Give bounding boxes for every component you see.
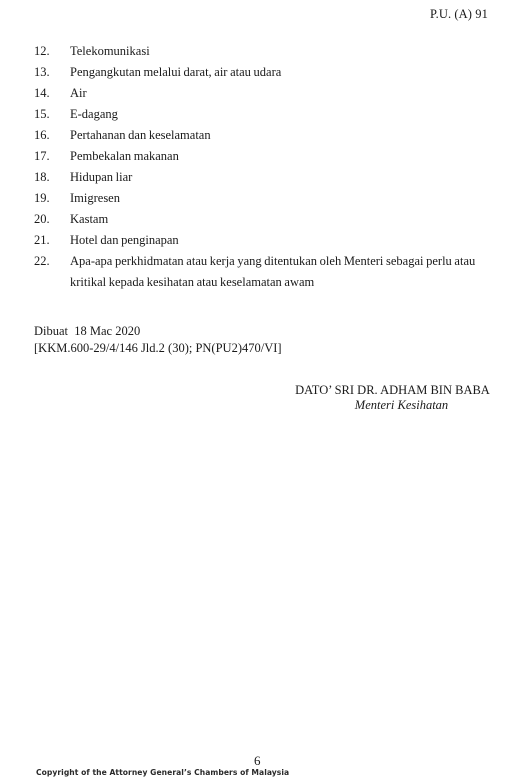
item-number: 20.: [34, 209, 70, 230]
item-text: Imigresen: [70, 188, 504, 209]
item-number: 22.: [34, 251, 70, 293]
item-text: Air: [70, 83, 504, 104]
list-item: 13. Pengangkutan melalui darat, air atau…: [34, 62, 504, 83]
item-number: 19.: [34, 188, 70, 209]
signature-block: DATO’ SRI DR. ADHAM BIN BABA Menteri Kes…: [290, 383, 495, 413]
list-item: 14. Air: [34, 83, 504, 104]
made-date-block: Dibuat 18 Mac 2020 [KKM.600-29/4/146 Jld…: [34, 323, 282, 357]
item-text: Pembekalan makanan: [70, 146, 504, 167]
file-reference: [KKM.600-29/4/146 Jld.2 (30); PN(PU2)470…: [34, 340, 282, 357]
list-item: 18. Hidupan liar: [34, 167, 504, 188]
list-item: 15. E-dagang: [34, 104, 504, 125]
item-number: 21.: [34, 230, 70, 251]
item-text: Telekomunikasi: [70, 41, 504, 62]
list-item: 16. Pertahanan dan keselamatan: [34, 125, 504, 146]
item-text: Kastam: [70, 209, 504, 230]
item-text: E-dagang: [70, 104, 504, 125]
services-list: 12. Telekomunikasi 13. Pengangkutan mela…: [34, 41, 504, 293]
item-text: Apa-apa perkhidmatan atau kerja yang dit…: [70, 251, 504, 293]
item-number: 14.: [34, 83, 70, 104]
signatory-name: DATO’ SRI DR. ADHAM BIN BABA: [290, 383, 495, 398]
item-text: Pertahanan dan keselamatan: [70, 125, 504, 146]
item-number: 16.: [34, 125, 70, 146]
item-number: 12.: [34, 41, 70, 62]
list-item: 21. Hotel dan penginapan: [34, 230, 504, 251]
item-number: 17.: [34, 146, 70, 167]
item-number: 18.: [34, 167, 70, 188]
document-reference: P.U. (A) 91: [430, 7, 488, 22]
item-text: Pengangkutan melalui darat, air atau uda…: [70, 62, 504, 83]
list-item: 20. Kastam: [34, 209, 504, 230]
item-text: Hotel dan penginapan: [70, 230, 504, 251]
page-number: 6: [254, 753, 261, 769]
made-date: Dibuat 18 Mac 2020: [34, 323, 282, 340]
item-number: 15.: [34, 104, 70, 125]
list-item: 12. Telekomunikasi: [34, 41, 504, 62]
list-item: 22. Apa-apa perkhidmatan atau kerja yang…: [34, 251, 504, 293]
copyright-notice: Copyright of the Attorney General’s Cham…: [36, 768, 289, 777]
signatory-title: Menteri Kesihatan: [290, 398, 495, 413]
list-item: 19. Imigresen: [34, 188, 504, 209]
item-text: Hidupan liar: [70, 167, 504, 188]
item-number: 13.: [34, 62, 70, 83]
list-item: 17. Pembekalan makanan: [34, 146, 504, 167]
